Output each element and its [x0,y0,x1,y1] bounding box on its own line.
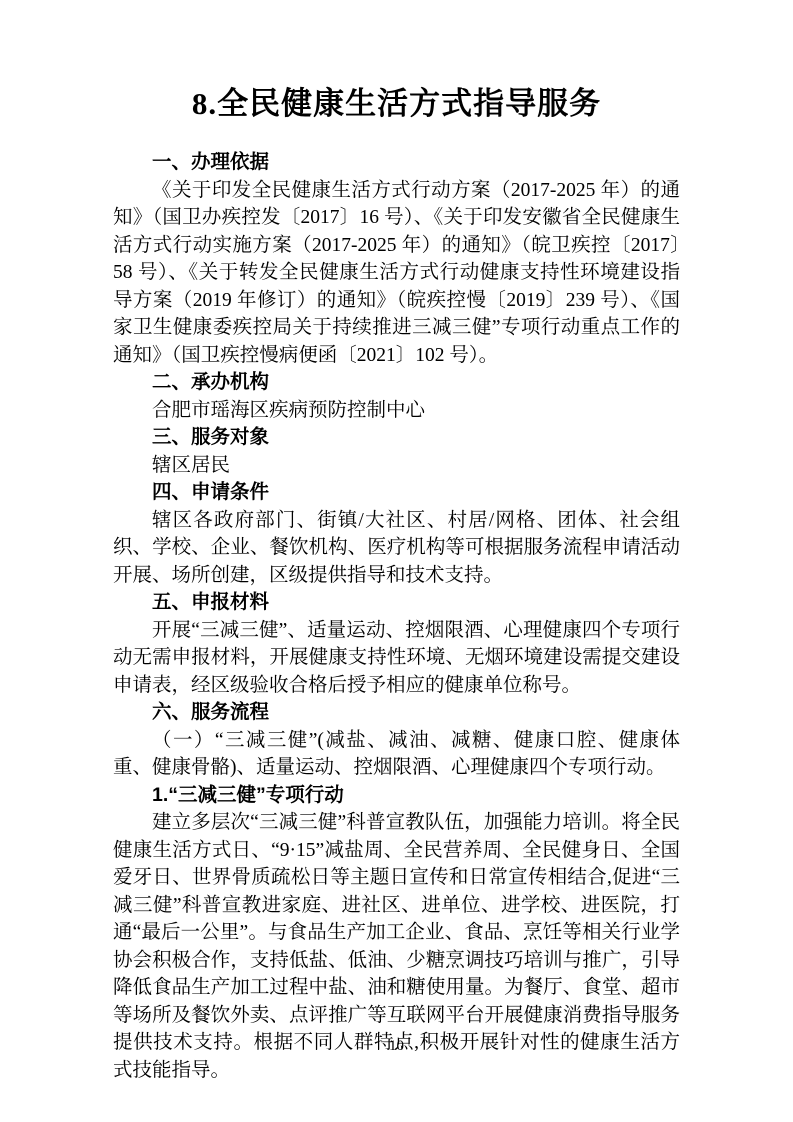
paragraph-agency: 合肥市瑶海区疾病预防控制中心 [113,397,680,425]
section-heading-target: 三、服务对象 [113,424,680,452]
document-page: 8.全民健康生活方式指导服务 一、办理依据 《关于印发全民健康生活方式行动方案（… [0,0,793,1122]
paragraph-conditions: 辖区各政府部门、街镇/大社区、村居/网格、团体、社会组织、学校、企业、餐饮机构、… [113,507,680,590]
section-heading-conditions: 四、申请条件 [113,479,680,507]
paragraph-materials: 开展“三减三健”、适量运动、控烟限酒、心理健康四个专项行动无需申报材料，开展健康… [113,617,680,700]
paragraph-basis: 《关于印发全民健康生活方式行动方案（2017-2025 年）的通知》（国卫办疾控… [113,177,680,370]
section-heading-agency: 二、承办机构 [113,369,680,397]
subsection-heading-three-reductions-action: 1.“三减三健”专项行动 [113,782,680,810]
section-heading-process: 六、服务流程 [113,699,680,727]
section-heading-basis: 一、办理依据 [113,149,680,177]
page-number: 10 [0,1036,793,1056]
paragraph-process-overview: （一）“三减三健”(减盐、减油、减糖、健康口腔、健康体重、健康骨骼)、适量运动、… [113,727,680,782]
paragraph-target: 辖区居民 [113,452,680,480]
page-title: 8.全民健康生活方式指导服务 [113,82,680,126]
document-content: 8.全民健康生活方式指导服务 一、办理依据 《关于印发全民健康生活方式行动方案（… [113,82,680,1084]
section-heading-materials: 五、申报材料 [113,589,680,617]
